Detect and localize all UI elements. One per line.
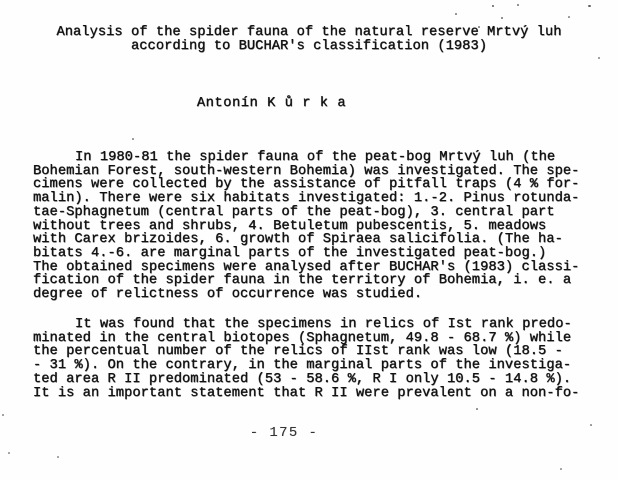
scan-noise-speck xyxy=(560,468,562,470)
paragraph-line: fication of the spider fauna in the terr… xyxy=(33,274,599,288)
scan-text-layer: Analysis of the spider fauna of the natu… xyxy=(0,0,618,480)
scan-noise-speck xyxy=(57,456,59,458)
paper-title-line1: Analysis of the spider fauna of the natu… xyxy=(0,26,618,40)
paragraph-line: It is an important statement that R II w… xyxy=(33,387,599,401)
scan-noise-speck xyxy=(517,4,519,6)
scanned-paper-page: Analysis of the spider fauna of the natu… xyxy=(0,0,618,480)
paragraph-line: bitats 4.-6. are marginal parts of the i… xyxy=(33,247,599,261)
scan-noise-speck xyxy=(492,5,494,7)
scan-noise-speck xyxy=(132,138,134,140)
scan-noise-speck xyxy=(478,26,480,28)
paragraph-line: It was found that the specimens in relic… xyxy=(33,318,599,332)
page-number: - 175 - xyxy=(0,427,568,441)
paragraph-line: - 31 %). On the contrary, in the margina… xyxy=(33,359,599,373)
paragraph-line: In 1980-81 the spider fauna of the peat-… xyxy=(33,151,599,165)
scan-noise-speck xyxy=(455,13,457,15)
author-name: Antonín K ů r k a xyxy=(0,97,543,111)
scan-noise-speck xyxy=(590,424,592,426)
paragraph-line: malin). There were six habitats investig… xyxy=(33,192,599,206)
scan-noise-speck xyxy=(598,57,600,59)
paragraph-line: degree of relictness of occurrence was s… xyxy=(33,288,599,302)
scan-noise-speck xyxy=(2,414,4,416)
scan-noise-speck xyxy=(501,17,503,19)
paragraph-line: ted area R II predominated (53 - 58.6 %,… xyxy=(33,373,599,387)
scan-noise-speck xyxy=(8,452,10,454)
scan-noise-speck xyxy=(588,5,591,7)
scan-noise-speck xyxy=(568,16,570,18)
paper-title-line2: according to BUCHAR's classification (19… xyxy=(0,40,618,54)
paragraph-line: tae-Sphagnetum (central parts of the pea… xyxy=(33,206,599,220)
abstract-paragraph-1: In 1980-81 the spider fauna of the peat-… xyxy=(33,151,599,302)
scan-noise-speck xyxy=(476,408,478,410)
paragraph-line: with Carex brizoides, 6. growth of Spira… xyxy=(33,233,599,247)
paper-title: Analysis of the spider fauna of the natu… xyxy=(0,26,618,53)
abstract-paragraph-2: It was found that the specimens in relic… xyxy=(33,318,599,400)
